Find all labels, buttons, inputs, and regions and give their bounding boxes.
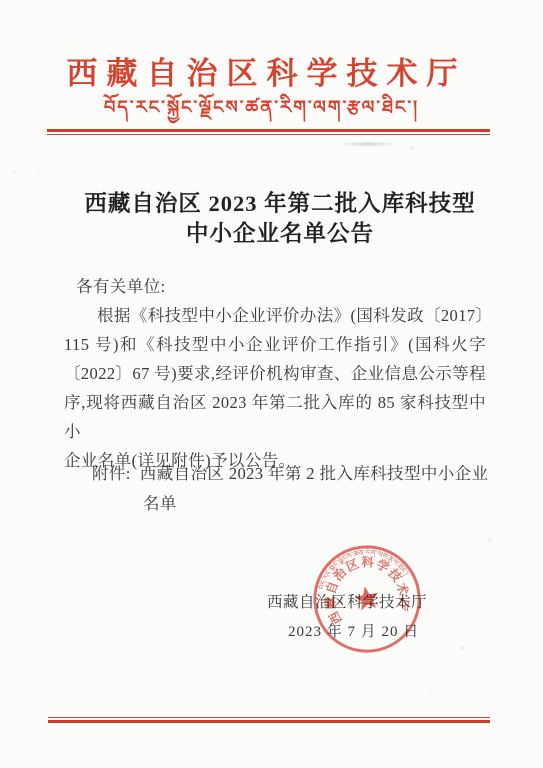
scanned-notice-page: 西藏自治区科学技术厅 བོད་རང་སྐྱོང་ལྗོངས་ཚན་རིག་ལག་… [0,0,543,768]
notice-title-line1: 西藏自治区 2023 年第二批入库科技型 [20,189,540,219]
attachment-label: 附件: [92,464,131,483]
attachment-title-line2: 名单 [143,489,492,519]
letterhead-divider-rule [47,129,490,135]
signature-date: 2023 年 7 月 20 日 [288,620,419,641]
seal-tibetan-arc: བོད་རང་སྐྱོང་ལྗོངས་ཚན་རིག་ལག་རྩལ་ཐིང་། [310,540,411,593]
letterhead-org-name-chinese: 西藏自治区科学技术厅 [0,48,533,93]
notice-body: 各有关单位: 根据《科技型中小企业评价办法》(国科发政〔2017〕 115 号)… [64,272,486,475]
seal-chinese-arc: 西藏自治区科学技术厅 [315,547,415,628]
salutation-line: 各有关单位: [64,272,486,301]
body-line: 序,现将西藏自治区 2023 年第二批入库的 85 家科技型中小 [64,388,486,446]
attachment-reference: 附件:西藏自治区 2023 年第 2 批入库科技型中小企业 名单 [92,459,492,518]
footer-divider-rule [48,717,490,723]
body-line: 根据《科技型中小企业评价办法》(国科发政〔2017〕 [64,301,486,330]
body-line: 〔2022〕67 号)要求,经评价机构审查、企业信息公示等程 [64,359,486,388]
body-line: 115 号)和《科技型中小企业评价工作指引》(国科火字 [64,330,486,359]
notice-title: 西藏自治区 2023 年第二批入库科技型 中小企业名单公告 [20,189,540,249]
signature-org-name: 西藏自治区科学技术厅 [267,590,427,612]
attachment-title-line1: 西藏自治区 2023 年第 2 批入库科技型中小企业 [140,464,489,483]
notice-title-line2: 中小企业名单公告 [20,219,540,249]
